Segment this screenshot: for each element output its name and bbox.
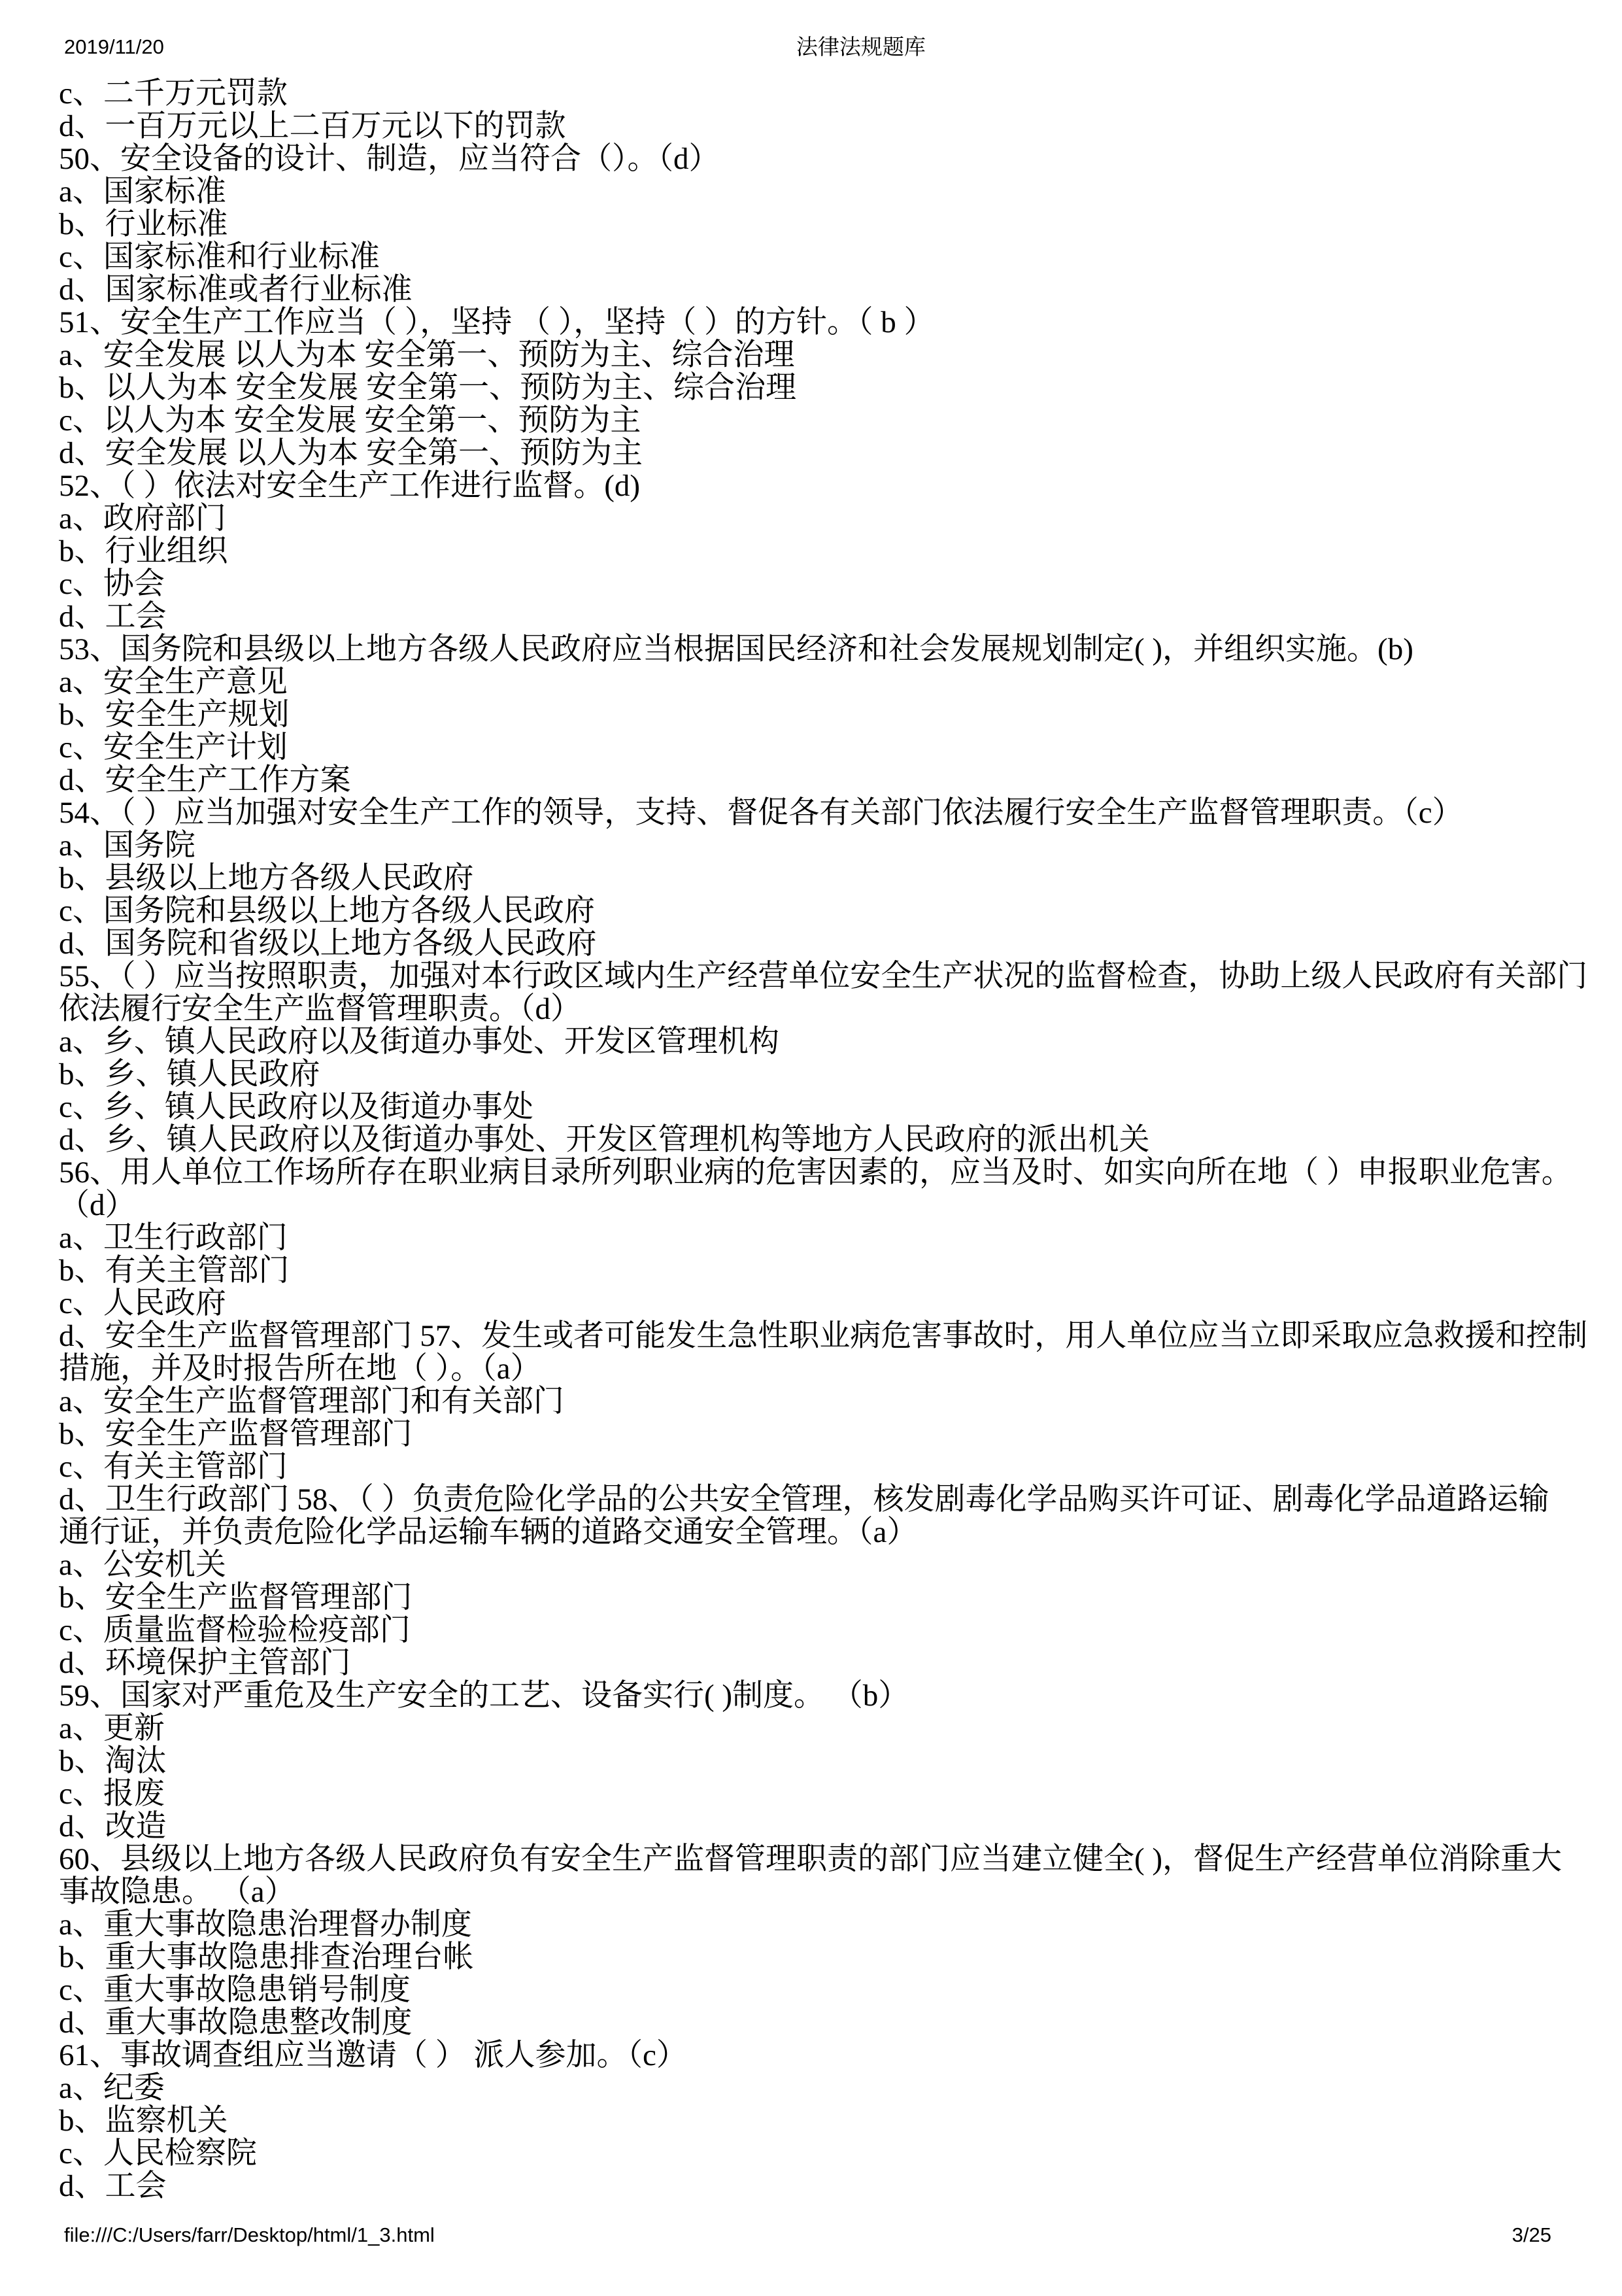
text-line: d、改造 [59,1810,1597,1843]
text-line: d、国务院和省级以上地方各级人民政府 [59,927,1597,960]
text-line: c、有关主管部门 [59,1450,1597,1483]
text-line: d、安全生产工作方案 [59,764,1597,797]
page-number: 3/25 [1512,2222,1551,2248]
text-line: a、乡、镇人民政府以及街道办事处、开发区管理机构 [59,1025,1597,1058]
text-line: c、安全生产计划 [59,731,1597,764]
text-line: b、县级以上地方各级人民政府 [59,862,1597,895]
text-line: b、安全生产规划 [59,698,1597,731]
text-line: a、国务院 [59,829,1597,862]
print-header: 2019/11/20 法律法规题库 [64,34,1558,60]
document-body: c、二千万元罚款d、一百万元以上二百万元以下的罚款50、安全设备的设计、制造，应… [59,77,1597,2202]
text-line: c、国家标准和行业标准 [59,241,1597,273]
text-line: b、重大事故隐患排查治理台帐 [59,1941,1597,1974]
footer-file-url: file:///C:/Users/farr/Desktop/html/1_3.h… [64,2222,435,2248]
text-line: a、安全生产意见 [59,666,1597,698]
text-line: 60、县级以上地方各级人民政府负有安全生产监督管理职责的部门应当建立健全( )，… [59,1843,1597,1876]
print-footer: file:///C:/Users/farr/Desktop/html/1_3.h… [64,2222,1551,2248]
header-date: 2019/11/20 [64,34,164,60]
text-line: d、重大事故隐患整改制度 [59,2006,1597,2039]
text-line: （d） [59,1189,1597,1222]
text-line: c、人民检察院 [59,2137,1597,2170]
text-line: d、工会 [59,2170,1597,2202]
text-line: a、国家标准 [59,175,1597,208]
text-line: 事故隐患。 （a） [59,1876,1597,1908]
text-line: b、监察机关 [59,2104,1597,2137]
text-line: b、行业标准 [59,208,1597,241]
text-line: d、安全生产监督管理部门 57、发生或者可能发生急性职业病危害事故时，用人单位应… [59,1320,1597,1352]
text-line: 56、用人单位工作场所存在职业病目录所列职业病的危害因素的，应当及时、如实向所在… [59,1156,1597,1189]
text-line: 53、国务院和县级以上地方各级人民政府应当根据国民经济和社会发展规划制定( )，… [59,633,1597,666]
text-line: d、安全发展 以人为本 安全第一、预防为主 [59,437,1597,470]
text-line: a、纪委 [59,2072,1597,2104]
text-line: a、卫生行政部门 [59,1222,1597,1254]
text-line: d、一百万元以上二百万元以下的罚款 [59,110,1597,143]
text-line: b、安全生产监督管理部门 [59,1581,1597,1614]
text-line: c、国务院和县级以上地方各级人民政府 [59,895,1597,927]
text-line: 59、国家对严重危及生产安全的工艺、设备实行( )制度。 （b） [59,1679,1597,1712]
text-line: c、协会 [59,568,1597,600]
text-line: a、更新 [59,1712,1597,1745]
text-line: c、重大事故隐患销号制度 [59,1974,1597,2006]
text-line: 52、（ ）依法对安全生产工作进行监督。(d) [59,470,1597,502]
text-line: b、乡、镇人民政府 [59,1058,1597,1091]
text-line: 依法履行安全生产监督管理职责。（d） [59,993,1597,1025]
text-line: d、国家标准或者行业标准 [59,273,1597,306]
text-line: a、重大事故隐患治理督办制度 [59,1908,1597,1941]
text-line: d、乡、镇人民政府以及街道办事处、开发区管理机构等地方人民政府的派出机关 [59,1123,1597,1156]
text-line: b、行业组织 [59,535,1597,568]
text-line: 54、（ ）应当加强对安全生产工作的领导，支持、督促各有关部门依法履行安全生产监… [59,797,1597,829]
text-line: 55、（ ）应当按照职责，加强对本行政区域内生产经营单位安全生产状况的监督检查，… [59,960,1597,993]
text-line: a、安全发展 以人为本 安全第一、预防为主、综合治理 [59,339,1597,371]
text-line: c、质量监督检验检疫部门 [59,1614,1597,1647]
text-line: c、乡、镇人民政府以及街道办事处 [59,1091,1597,1123]
text-line: c、人民政府 [59,1287,1597,1320]
text-line: b、有关主管部门 [59,1254,1597,1287]
text-line: d、环境保护主管部门 [59,1647,1597,1679]
text-line: 措施，并及时报告所在地（ ）。（a） [59,1352,1597,1385]
text-line: b、淘汰 [59,1745,1597,1777]
text-line: a、安全生产监督管理部门和有关部门 [59,1385,1597,1418]
text-line: b、安全生产监督管理部门 [59,1418,1597,1450]
text-line: a、公安机关 [59,1549,1597,1581]
text-line: d、工会 [59,600,1597,633]
text-line: d、卫生行政部门 58、（ ）负责危险化学品的公共安全管理，核发剧毒化学品购买许… [59,1483,1597,1516]
text-line: c、报废 [59,1777,1597,1810]
text-line: c、二千万元罚款 [59,77,1597,110]
printed-page: { "page": { "header": { "date": "2019/11… [0,0,1622,2296]
text-line: 51、安全生产工作应当（ ），坚持 （ ），坚持（ ）的方针。（ b ） [59,306,1597,339]
text-line: b、以人为本 安全发展 安全第一、预防为主、综合治理 [59,371,1597,404]
text-line: 通行证，并负责危险化学品运输车辆的道路交通安全管理。（a） [59,1516,1597,1549]
page-title: 法律法规题库 [164,34,1558,60]
text-line: c、以人为本 安全发展 安全第一、预防为主 [59,404,1597,437]
text-line: 50、安全设备的设计、制造，应当符合（）。（d） [59,143,1597,175]
text-line: a、政府部门 [59,502,1597,535]
text-line: 61、事故调查组应当邀请（ ） 派人参加。（c） [59,2039,1597,2072]
